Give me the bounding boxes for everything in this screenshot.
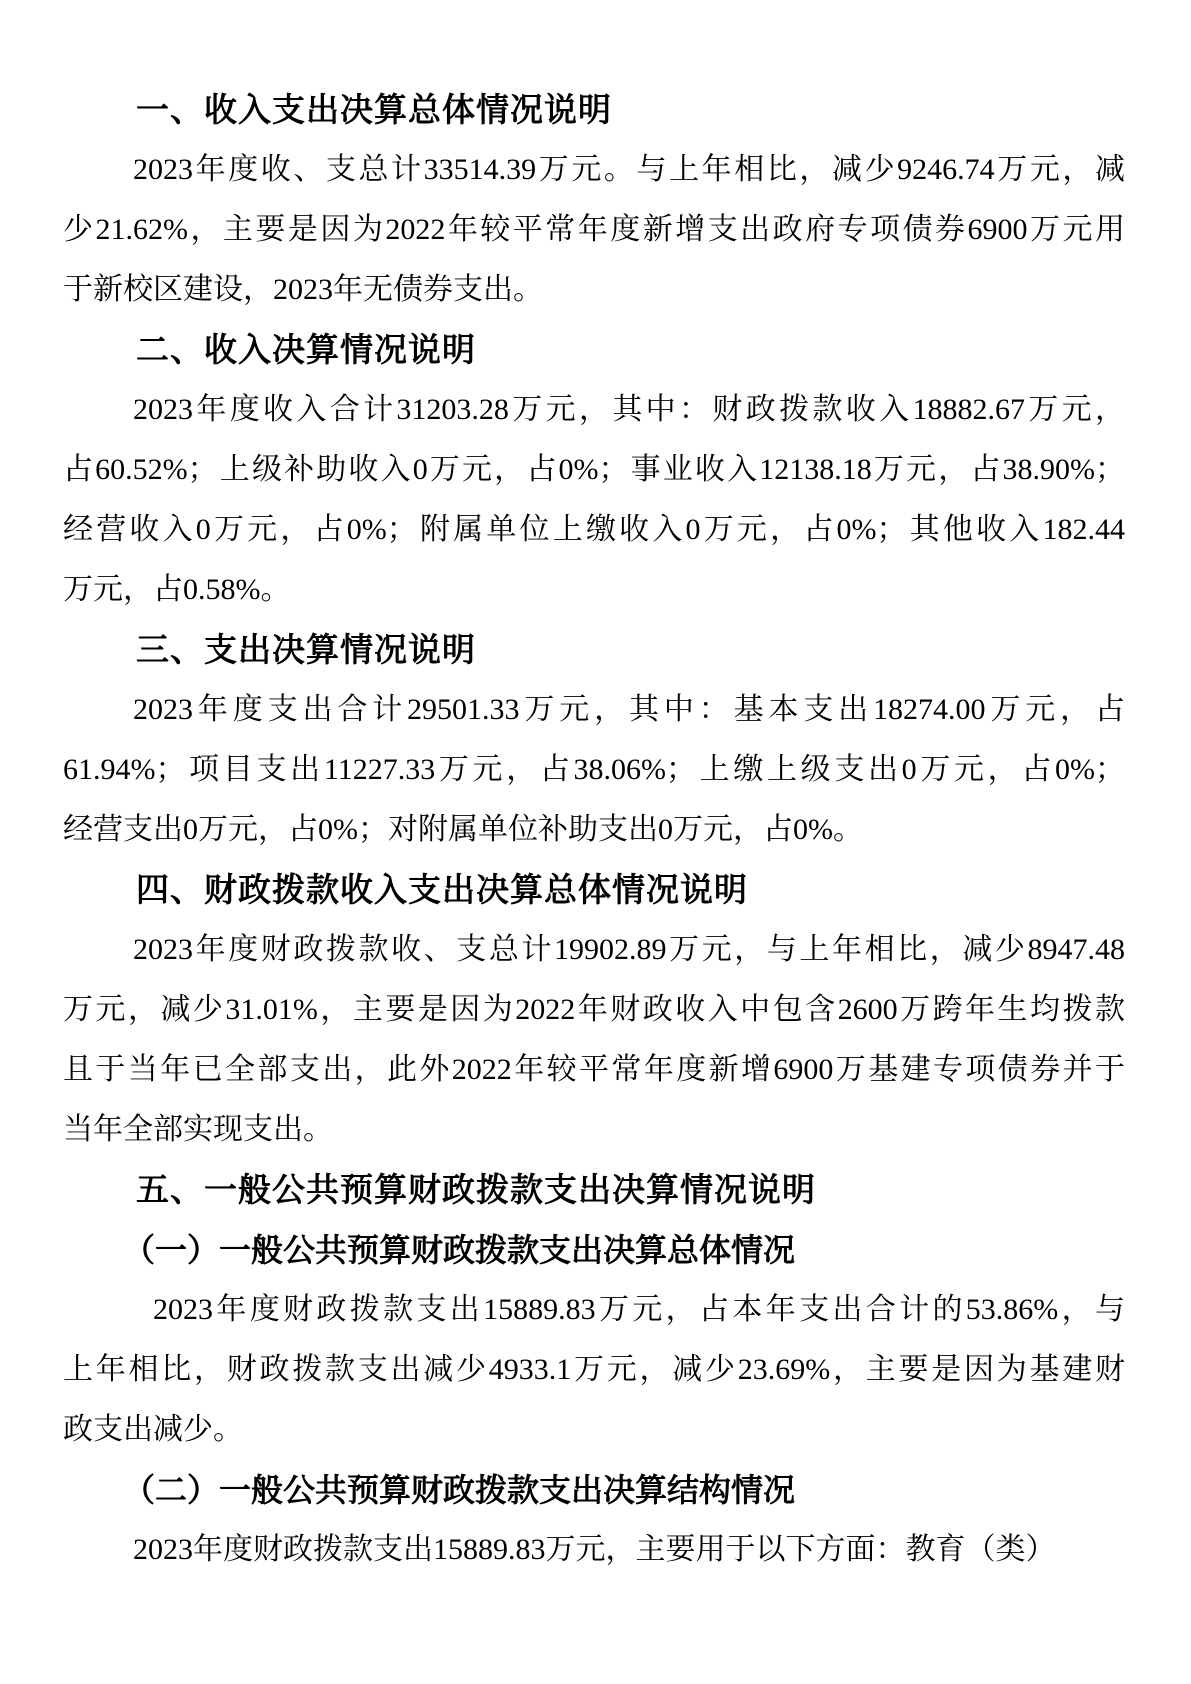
para-3-line-2: 61.94%；项目支出11227.33万元，占38.06%；上缴上级支出0万元，…	[63, 740, 1125, 800]
para-4-line-4: 当年全部实现支出。	[63, 1100, 1125, 1160]
para-5-line-3: 政支出减少。	[63, 1400, 1125, 1460]
para-5-line-1: 2023年度财政拨款支出15889.83万元，占本年支出合计的53.86%，与	[63, 1280, 1125, 1340]
section-heading-3: 三、支出决算情况说明	[63, 620, 1125, 680]
subsection-heading-5-1: （一）一般公共预算财政拨款支出决算总体情况	[63, 1220, 1125, 1280]
subsection-heading-5-2: （二）一般公共预算财政拨款支出决算结构情况	[63, 1460, 1125, 1520]
document-page: 一、收入支出决算总体情况说明 2023年度收、支总计33514.39万元。与上年…	[0, 0, 1191, 1684]
section-heading-1: 一、收入支出决算总体情况说明	[63, 80, 1125, 140]
para-6-line-1: 2023年度财政拨款支出15889.83万元，主要用于以下方面：教育（类）	[63, 1520, 1125, 1580]
section-heading-4: 四、财政拨款收入支出决算总体情况说明	[63, 860, 1125, 920]
para-1-line-1: 2023年度收、支总计33514.39万元。与上年相比，减少9246.74万元，…	[63, 140, 1125, 200]
para-2-line-4: 万元，占0.58%。	[63, 560, 1125, 620]
para-3-line-1: 2023年度支出合计29501.33万元，其中：基本支出18274.00万元，占	[63, 680, 1125, 740]
section-heading-2: 二、收入决算情况说明	[63, 320, 1125, 380]
para-2-line-1: 2023年度收入合计31203.28万元，其中：财政拨款收入18882.67万元…	[63, 380, 1125, 440]
section-heading-5: 五、一般公共预算财政拨款支出决算情况说明	[63, 1160, 1125, 1220]
para-2-line-2: 占60.52%；上级补助收入0万元，占0%；事业收入12138.18万元，占38…	[63, 440, 1125, 500]
para-5-line-2: 上年相比，财政拨款支出减少4933.1万元，减少23.69%，主要是因为基建财	[63, 1340, 1125, 1400]
para-4-line-2: 万元，减少31.01%，主要是因为2022年财政收入中包含2600万跨年生均拨款	[63, 980, 1125, 1040]
para-2-line-3: 经营收入0万元，占0%；附属单位上缴收入0万元，占0%；其他收入182.44	[63, 500, 1125, 560]
para-4-line-3: 且于当年已全部支出，此外2022年较平常年度新增6900万基建专项债券并于	[63, 1040, 1125, 1100]
para-4-line-1: 2023年度财政拨款收、支总计19902.89万元，与上年相比，减少8947.4…	[63, 920, 1125, 980]
para-1-line-3: 于新校区建设，2023年无债券支出。	[63, 260, 1125, 320]
para-3-line-3: 经营支出0万元，占0%；对附属单位补助支出0万元，占0%。	[63, 800, 1125, 860]
para-1-line-2: 少21.62%，主要是因为2022年较平常年度新增支出政府专项债券6900万元用	[63, 200, 1125, 260]
